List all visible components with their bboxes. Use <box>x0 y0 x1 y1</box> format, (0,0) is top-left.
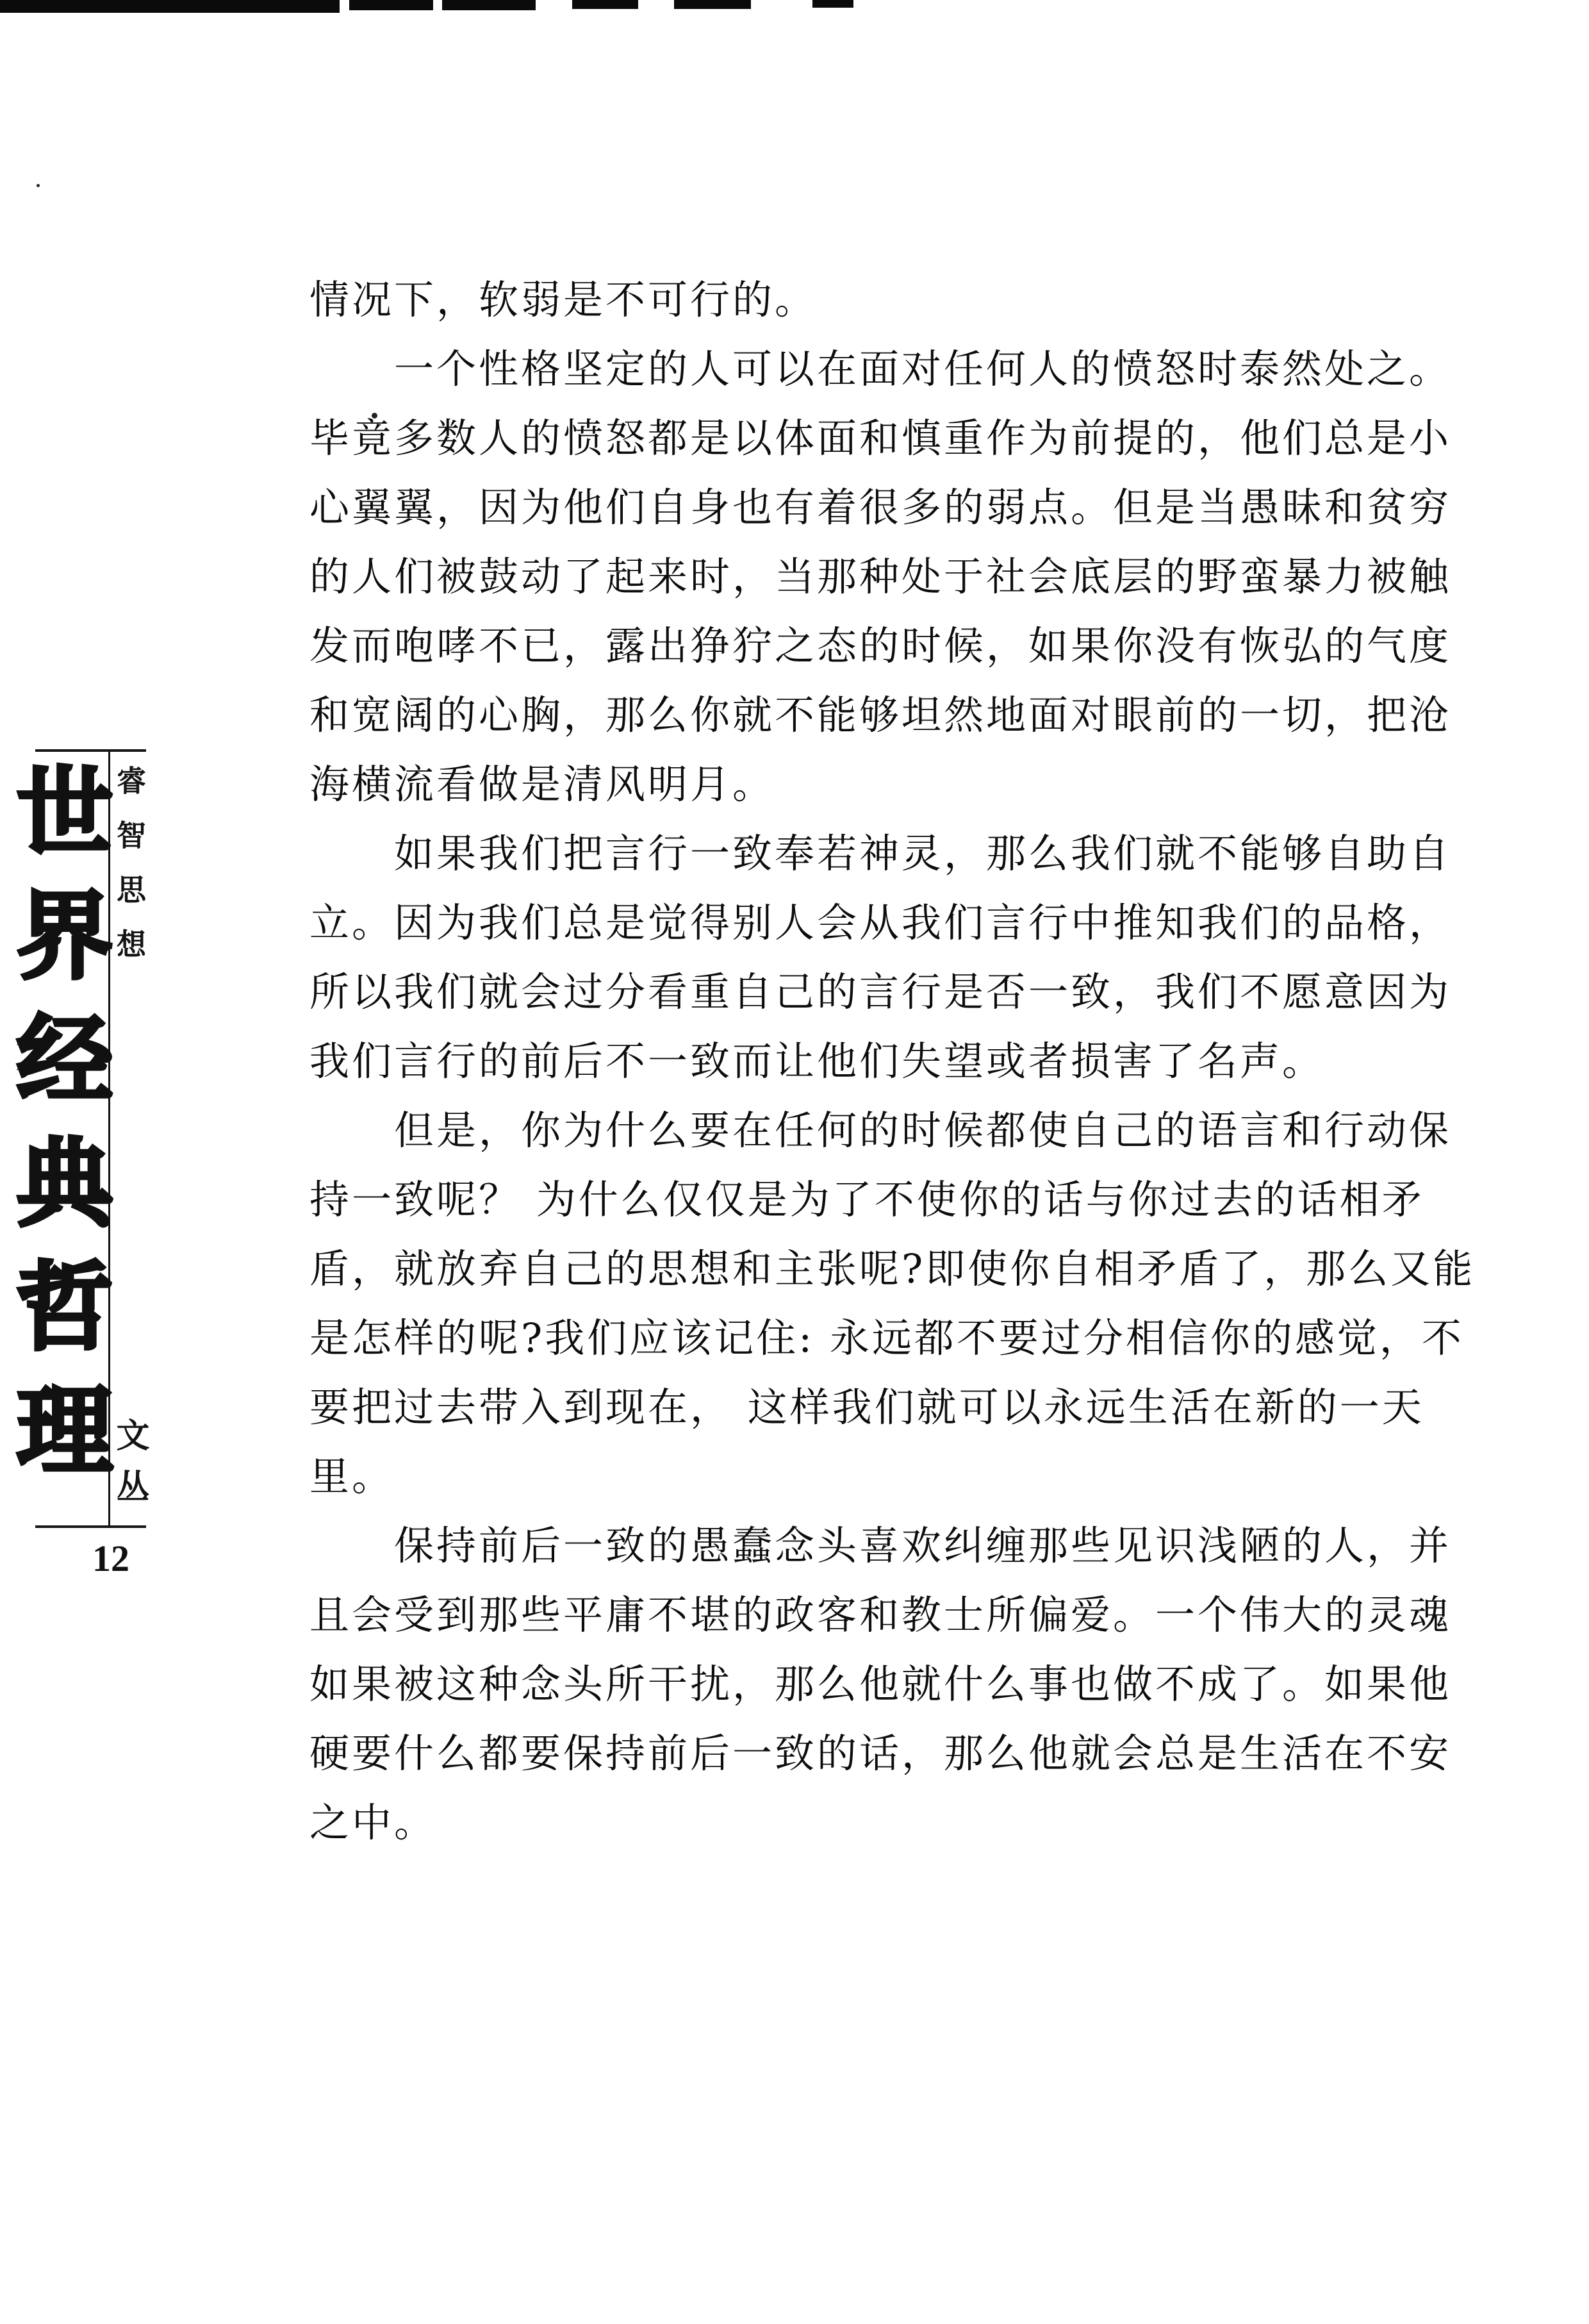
text-line: 海横流看做是清风明月。 <box>309 750 1399 819</box>
text-line: 如果被这种念头所干扰，那么他就什么事也做不成了。如果他 <box>309 1650 1399 1719</box>
collection-label-vertical: 睿智思想 <box>115 765 144 983</box>
congshu-label-vertical: 文丛 <box>113 1418 146 1520</box>
text-line: 和宽阔的心胸，那么你就不能够坦然地面对眼前的一切，把沧 <box>309 681 1399 750</box>
text-line: 保持前后一致的愚蠢念头喜欢纠缠那些见识浅陋的人，并 <box>309 1511 1399 1581</box>
scan-artifact-mark <box>674 0 751 9</box>
text-line: 如果我们把言行一致奉若神灵，那么我们就不能够自助自 <box>309 819 1399 888</box>
text-line: 心翼翼，因为他们自身也有着很多的弱点。但是当愚昧和贫穷 <box>309 473 1399 542</box>
text-line: 的人们被鼓动了起来时，当那种处于社会底层的野蛮暴力被触 <box>309 542 1399 611</box>
scan-artifact-mark <box>349 0 433 10</box>
text-line: 毕竟多数人的愤怒都是以体面和慎重作为前提的，他们总是小 <box>309 404 1399 473</box>
text-line: 且会受到那些平庸不堪的政客和教士所偏爱。一个伟大的灵魂 <box>309 1581 1399 1650</box>
series-title-vertical: 世界经典哲理 <box>8 761 104 1504</box>
page-number: 12 <box>88 1537 133 1580</box>
sidebar-top-rule <box>35 749 146 752</box>
text-line: 里。 <box>309 1442 1399 1511</box>
text-line: 情况下，软弱是不可行的。 <box>309 265 1399 335</box>
sidebar-bottom-rule <box>35 1525 146 1528</box>
scan-artifact-mark <box>572 0 638 9</box>
book-page: 世界经典哲理 睿智思想 文丛 12 情况下，软弱是不可行的。一个性格坚定的人可以… <box>0 0 1589 2324</box>
text-line: 发而咆哮不已，露出狰狞之态的时候，如果你没有恢弘的气度 <box>309 611 1399 681</box>
text-line: 要把过去带入到现在， 这样我们就可以永远生活在新的一天 <box>309 1373 1399 1442</box>
scan-speck <box>37 184 40 187</box>
text-line: 硬要什么都要保持前后一致的话，那么他就会总是生活在不安 <box>309 1719 1399 1788</box>
text-line: 我们言行的前后不一致而让他们失望或者损害了名声。 <box>309 1027 1399 1096</box>
text-line: 之中。 <box>309 1788 1399 1857</box>
text-line: 所以我们就会过分看重自己的言行是否一致，我们不愿意因为 <box>309 958 1399 1027</box>
body-text: 情况下，软弱是不可行的。一个性格坚定的人可以在面对任何人的愤怒时泰然处之。毕竟多… <box>309 265 1399 1857</box>
text-line: 立。因为我们总是觉得别人会从我们言行中推知我们的品格， <box>309 888 1399 958</box>
text-line: 但是，你为什么要在任何的时候都使自己的语言和行动保 <box>309 1096 1399 1165</box>
scan-artifact-mark <box>0 0 340 13</box>
scan-speck <box>372 413 377 419</box>
scan-artifact-mark <box>442 0 536 10</box>
text-line: 持一致呢？ 为什么仅仅是为了不使你的话与你过去的话相矛 <box>309 1165 1399 1234</box>
scan-artifact-mark <box>812 0 853 8</box>
text-line: 一个性格坚定的人可以在面对任何人的愤怒时泰然处之。 <box>309 335 1399 404</box>
text-line: 盾，就放弃自己的思想和主张呢?即使你自相矛盾了，那么又能 <box>309 1234 1399 1304</box>
text-line: 是怎样的呢?我们应该记住: 永远都不要过分相信你的感觉，不 <box>309 1304 1399 1373</box>
